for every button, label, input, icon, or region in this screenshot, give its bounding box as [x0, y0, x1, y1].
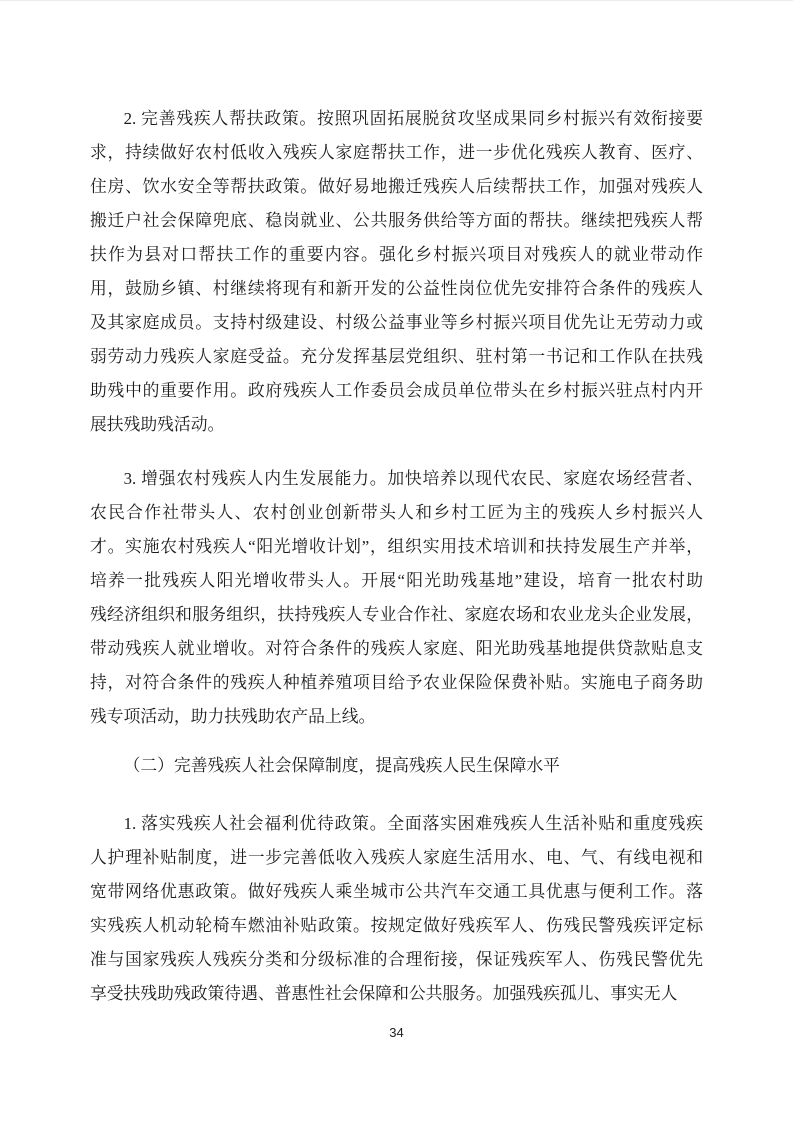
text-line: 持，对符合条件的残疾人种植养殖项目给予农业保险保费补贴。实施电子商务助: [90, 666, 703, 700]
text-line: 用，鼓励乡镇、村继续将现有和新开发的公益性岗位优先安排符合条件的残疾人: [90, 272, 703, 306]
text-line: 带动残疾人就业增收。对符合条件的残疾人家庭、阳光助残基地提供贷款贴息支: [90, 632, 703, 666]
document-page: 2. 完善残疾人帮扶政策。按照巩固拓展脱贫攻坚成果同乡村振兴有效衔接要求，持续做…: [0, 1, 793, 1122]
text-line: 残经济组织和服务组织，扶持残疾人专业合作社、家庭农场和农业龙头企业发展，: [90, 598, 703, 632]
text-line: （二）完善残疾人社会保障制度，提高残疾人民生保障水平: [90, 749, 703, 783]
text-line: 3. 增强农村残疾人内生发展能力。加快培养以现代农民、家庭农场经营者、: [90, 462, 703, 496]
text-line: 扶作为县对口帮扶工作的重要内容。强化乡村振兴项目对残疾人的就业带动作: [90, 238, 703, 272]
text-line: 2. 完善残疾人帮扶政策。按照巩固拓展脱贫攻坚成果同乡村振兴有效衔接要: [90, 102, 703, 136]
text-line: 助残中的重要作用。政府残疾人工作委员会成员单位带头在乡村振兴驻点村内开: [90, 374, 703, 408]
text-line: 实残疾人机动轮椅车燃油补贴政策。按规定做好残疾军人、伤残民警残疾评定标: [90, 909, 703, 943]
text-line: 享受扶残助残政策待遇、普惠性社会保障和公共服务。加强残疾孤儿、事实无人: [90, 977, 703, 1011]
paragraph-section-1: 1. 落实残疾人社会福利优待政策。全面落实困难残疾人生活补贴和重度残疾人护理补贴…: [90, 807, 703, 1011]
text-line: 准与国家残疾人残疾分类和分级标准的合理衔接，保证残疾军人、伤残民警优先: [90, 943, 703, 977]
text-line: 及其家庭成员。支持村级建设、村级公益事业等乡村振兴项目优先让无劳动力或: [90, 306, 703, 340]
text-line: 1. 落实残疾人社会福利优待政策。全面落实困难残疾人生活补贴和重度残疾: [90, 807, 703, 841]
page-content: 2. 完善残疾人帮扶政策。按照巩固拓展脱贫攻坚成果同乡村振兴有效衔接要求，持续做…: [0, 1, 793, 1011]
page-number: 34: [0, 1025, 793, 1040]
section-heading: （二）完善残疾人社会保障制度，提高残疾人民生保障水平: [90, 749, 703, 783]
text-line: 弱劳动力残疾人家庭受益。充分发挥基层党组织、驻村第一书记和工作队在扶残: [90, 340, 703, 374]
text-line: 培养一批残疾人阳光增收带头人。开展“阳光助残基地”建设，培育一批农村助: [90, 564, 703, 598]
text-line: 残专项活动，助力扶残助农产品上线。: [90, 700, 703, 734]
text-line: 展扶残助残活动。: [90, 408, 703, 442]
document-viewer: { "document": { "background_color": "#ff…: [0, 0, 793, 1122]
text-line: 求，持续做好农村低收入残疾人家庭帮扶工作，进一步优化残疾人教育、医疗、: [90, 136, 703, 170]
text-line: 宽带网络优惠政策。做好残疾人乘坐城市公共汽车交通工具优惠与便利工作。落: [90, 875, 703, 909]
paragraph-section-3: 3. 增强农村残疾人内生发展能力。加快培养以现代农民、家庭农场经营者、农民合作社…: [90, 462, 703, 734]
text-line: 搬迁户社会保障兜底、稳岗就业、公共服务供给等方面的帮扶。继续把残疾人帮: [90, 204, 703, 238]
text-line: 才。实施农村残疾人“阳光增收计划”，组织实用技术培训和扶持发展生产并举，: [90, 530, 703, 564]
text-line: 人护理补贴制度，进一步完善低收入残疾人家庭生活用水、电、气、有线电视和: [90, 841, 703, 875]
text-line: 农民合作社带头人、农村创业创新带头人和乡村工匠为主的残疾人乡村振兴人: [90, 496, 703, 530]
text-line: 住房、饮水安全等帮扶政策。做好易地搬迁残疾人后续帮扶工作，加强对残疾人: [90, 170, 703, 204]
paragraph-section-2: 2. 完善残疾人帮扶政策。按照巩固拓展脱贫攻坚成果同乡村振兴有效衔接要求，持续做…: [90, 102, 703, 442]
